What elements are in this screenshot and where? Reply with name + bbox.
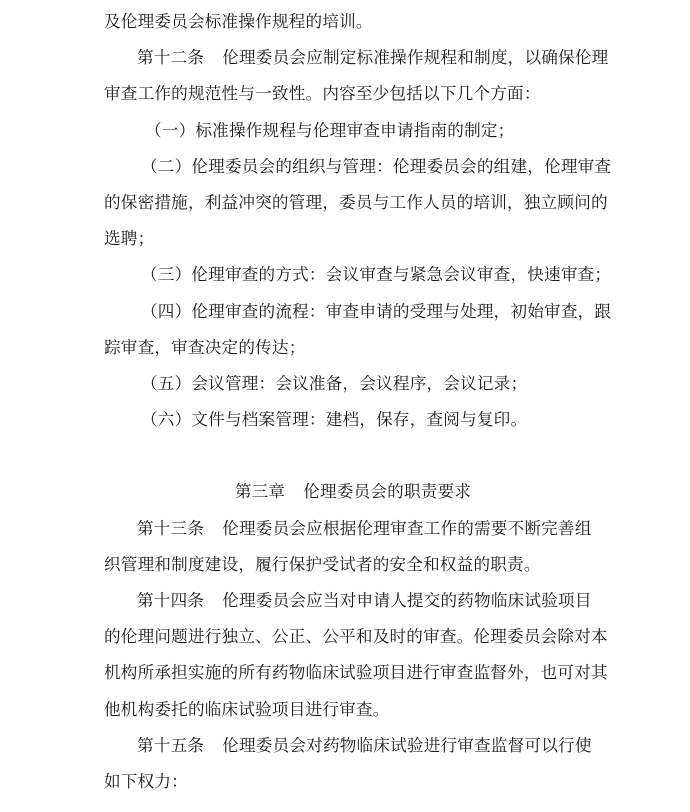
article-text: 伦理委员会应根据伦理审查工作的需要不断完善组 [222, 519, 591, 538]
chapter-label: 第三章 [235, 482, 285, 501]
paragraph-line: 他机构委托的临床试验项目进行审查。 [104, 692, 588, 728]
article-label: 第十三条 [137, 519, 204, 538]
article-13-line: 第十三条伦理委员会应根据伦理审查工作的需要不断完善组 [104, 511, 588, 547]
paragraph-line: 选聘； [104, 221, 588, 257]
article-15-line: 第十五条伦理委员会对药物临床试验进行审查监督可以行使 [104, 728, 588, 764]
list-item-3: （三）伦理审查的方式：会议审查与紧急会议审查，快速审查； [104, 257, 588, 293]
article-label: 第十四条 [137, 591, 204, 610]
article-label: 第十二条 [137, 48, 204, 67]
article-12-line: 第十二条伦理委员会应制定标准操作规程和制度，以确保伦理 [104, 40, 588, 76]
paragraph-line: 踪审查，审查决定的传达； [104, 330, 588, 366]
list-item-4: （四）伦理审查的流程：审查申请的受理与处理，初始审查，跟 [104, 294, 588, 330]
list-item-2: （二）伦理委员会的组织与管理：伦理委员会的组建，伦理审查 [104, 149, 588, 185]
article-14-line: 第十四条伦理委员会应当对申请人提交的药物临床试验项目 [104, 583, 588, 619]
paragraph-line: 审查工作的规范性与一致性。内容至少包括以下几个方面： [104, 76, 588, 112]
document-page: 及伦理委员会标准操作规程的培训。 第十二条伦理委员会应制定标准操作规程和制度，以… [104, 4, 588, 800]
paragraph-line: 织管理和制度建设，履行保护受试者的安全和权益的职责。 [104, 547, 588, 583]
article-text: 伦理委员会对药物临床试验进行审查监督可以行使 [222, 736, 591, 755]
blank-line [104, 438, 588, 474]
paragraph-line: 的保密措施，利益冲突的管理，委员与工作人员的培训，独立顾问的 [104, 185, 588, 221]
chapter-title: 伦理委员会的职责要求 [303, 482, 471, 501]
paragraph-line: 机构所承担实施的所有药物临床试验项目进行审查监督外，也可对其 [104, 655, 588, 691]
article-text: 伦理委员会应制定标准操作规程和制度，以确保伦理 [222, 48, 608, 67]
list-item-1: （一）标准操作规程与伦理审查申请指南的制定； [104, 113, 588, 149]
article-label: 第十五条 [137, 736, 204, 755]
article-text: 伦理委员会应当对申请人提交的药物临床试验项目 [222, 591, 591, 610]
paragraph-line: 如下权力： [104, 764, 588, 800]
chapter-heading: 第三章伦理委员会的职责要求 [104, 474, 588, 510]
paragraph-line: 的伦理问题进行独立、公正、公平和及时的审查。伦理委员会除对本 [104, 619, 588, 655]
list-item-6: （六）文件与档案管理：建档，保存，查阅与复印。 [104, 402, 588, 438]
paragraph-line: 及伦理委员会标准操作规程的培训。 [104, 4, 588, 40]
list-item-5: （五）会议管理：会议准备，会议程序，会议记录； [104, 366, 588, 402]
